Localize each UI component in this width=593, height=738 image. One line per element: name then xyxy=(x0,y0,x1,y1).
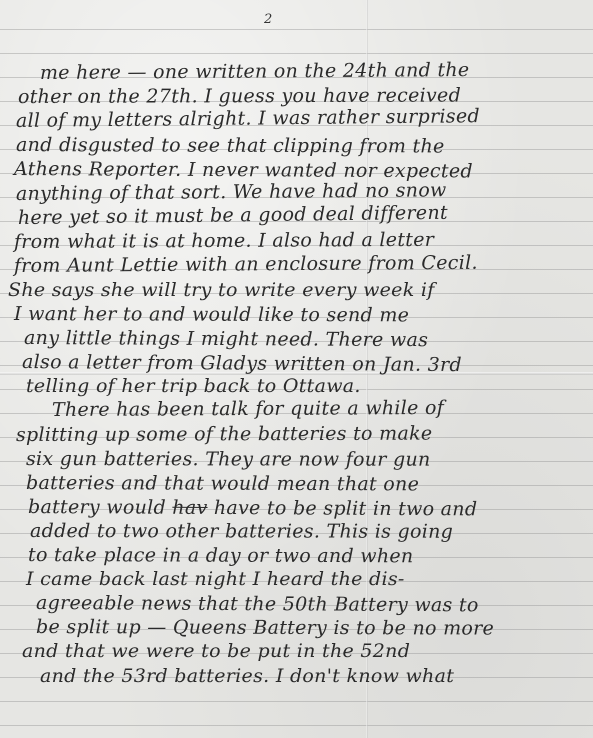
handwritten-line: here yet so it must be a good deal diffe… xyxy=(18,201,448,228)
handwritten-line: and the 53rd batteries. I don't know wha… xyxy=(40,665,454,687)
handwritten-line: six gun batteries. They are now four gun xyxy=(26,448,431,471)
line-text: splitting up some of the batteries to ma… xyxy=(16,422,433,445)
line-text: I came back last night I heard the dis- xyxy=(26,568,405,590)
handwritten-line: from what it is at home. I also had a le… xyxy=(14,228,434,252)
handwritten-line: other on the 27th. I guess you have rece… xyxy=(18,85,461,109)
line-text: from Aunt Lettie with an enclosure from … xyxy=(14,252,478,277)
line-text: batteries and that would mean that one xyxy=(26,472,419,495)
handwritten-line: added to two other batteries. This is go… xyxy=(30,520,453,543)
line-text: She says she will try to write every wee… xyxy=(8,279,435,301)
handwritten-line: to take place in a day or two and when xyxy=(28,544,414,567)
line-text: other on the 27th. I guess you have rece… xyxy=(18,85,461,109)
handwritten-line: I want her to and would like to send me xyxy=(14,303,409,326)
line-text: all of my letters alright. I was rather … xyxy=(16,105,480,132)
handwritten-line: I came back last night I heard the dis- xyxy=(26,568,405,590)
handwritten-line: any little things I might need. There wa… xyxy=(24,327,428,351)
line-text: battery would xyxy=(28,496,172,519)
line-text: also a letter from Gladys written on Jan… xyxy=(22,351,462,376)
line-text: here yet so it must be a good deal diffe… xyxy=(18,201,448,228)
line-text: and the 53rd batteries. I don't know wha… xyxy=(40,665,454,687)
line-text: and that we were to be put in the 52nd xyxy=(22,640,410,662)
struck-out-word: hav xyxy=(172,497,207,519)
line-text: from what it is at home. I also had a le… xyxy=(14,228,434,252)
handwritten-line: There has been talk for quite a while of xyxy=(52,397,444,421)
line-text: added to two other batteries. This is go… xyxy=(30,520,453,543)
line-text: and disgusted to see that clipping from … xyxy=(16,134,445,157)
handwritten-line: batteries and that would mean that one xyxy=(26,472,419,495)
handwritten-line: anything of that sort. We have had no sn… xyxy=(16,179,447,205)
line-text: There has been talk for quite a while of xyxy=(52,397,444,421)
handwritten-line: and that we were to be put in the 52nd xyxy=(22,640,410,662)
handwritten-line: agreeable news that the 50th Battery was… xyxy=(36,592,479,616)
line-text: to take place in a day or two and when xyxy=(28,544,414,567)
line-text: six gun batteries. They are now four gun xyxy=(26,448,431,471)
page-number: 2 xyxy=(264,12,272,27)
line-text: be split up — Queens Battery is to be no… xyxy=(36,616,494,640)
line-text: anything of that sort. We have had no sn… xyxy=(16,179,447,205)
line-text: any little things I might need. There wa… xyxy=(24,327,428,351)
handwritten-line: me here — one written on the 24th and th… xyxy=(40,59,470,84)
handwritten-line: also a letter from Gladys written on Jan… xyxy=(22,351,462,376)
handwritten-line: splitting up some of the batteries to ma… xyxy=(16,422,433,445)
line-text-continued: have to be split in two and xyxy=(207,497,477,520)
handwritten-line: from Aunt Lettie with an enclosure from … xyxy=(14,252,478,277)
line-text: telling of her trip back to Ottawa. xyxy=(26,375,361,397)
line-text: me here — one written on the 24th and th… xyxy=(40,59,470,84)
handwritten-line: and disgusted to see that clipping from … xyxy=(16,134,445,157)
letter-page: 2 me here — one written on the 24th and … xyxy=(0,0,593,738)
handwritten-line: battery would hav have to be split in tw… xyxy=(28,496,477,520)
line-text: I want her to and would like to send me xyxy=(14,303,409,326)
handwritten-line: all of my letters alright. I was rather … xyxy=(16,105,480,132)
handwritten-line: She says she will try to write every wee… xyxy=(8,279,435,301)
handwritten-line: telling of her trip back to Ottawa. xyxy=(26,375,361,397)
line-text: agreeable news that the 50th Battery was… xyxy=(36,592,479,616)
handwritten-line: be split up — Queens Battery is to be no… xyxy=(36,616,494,640)
